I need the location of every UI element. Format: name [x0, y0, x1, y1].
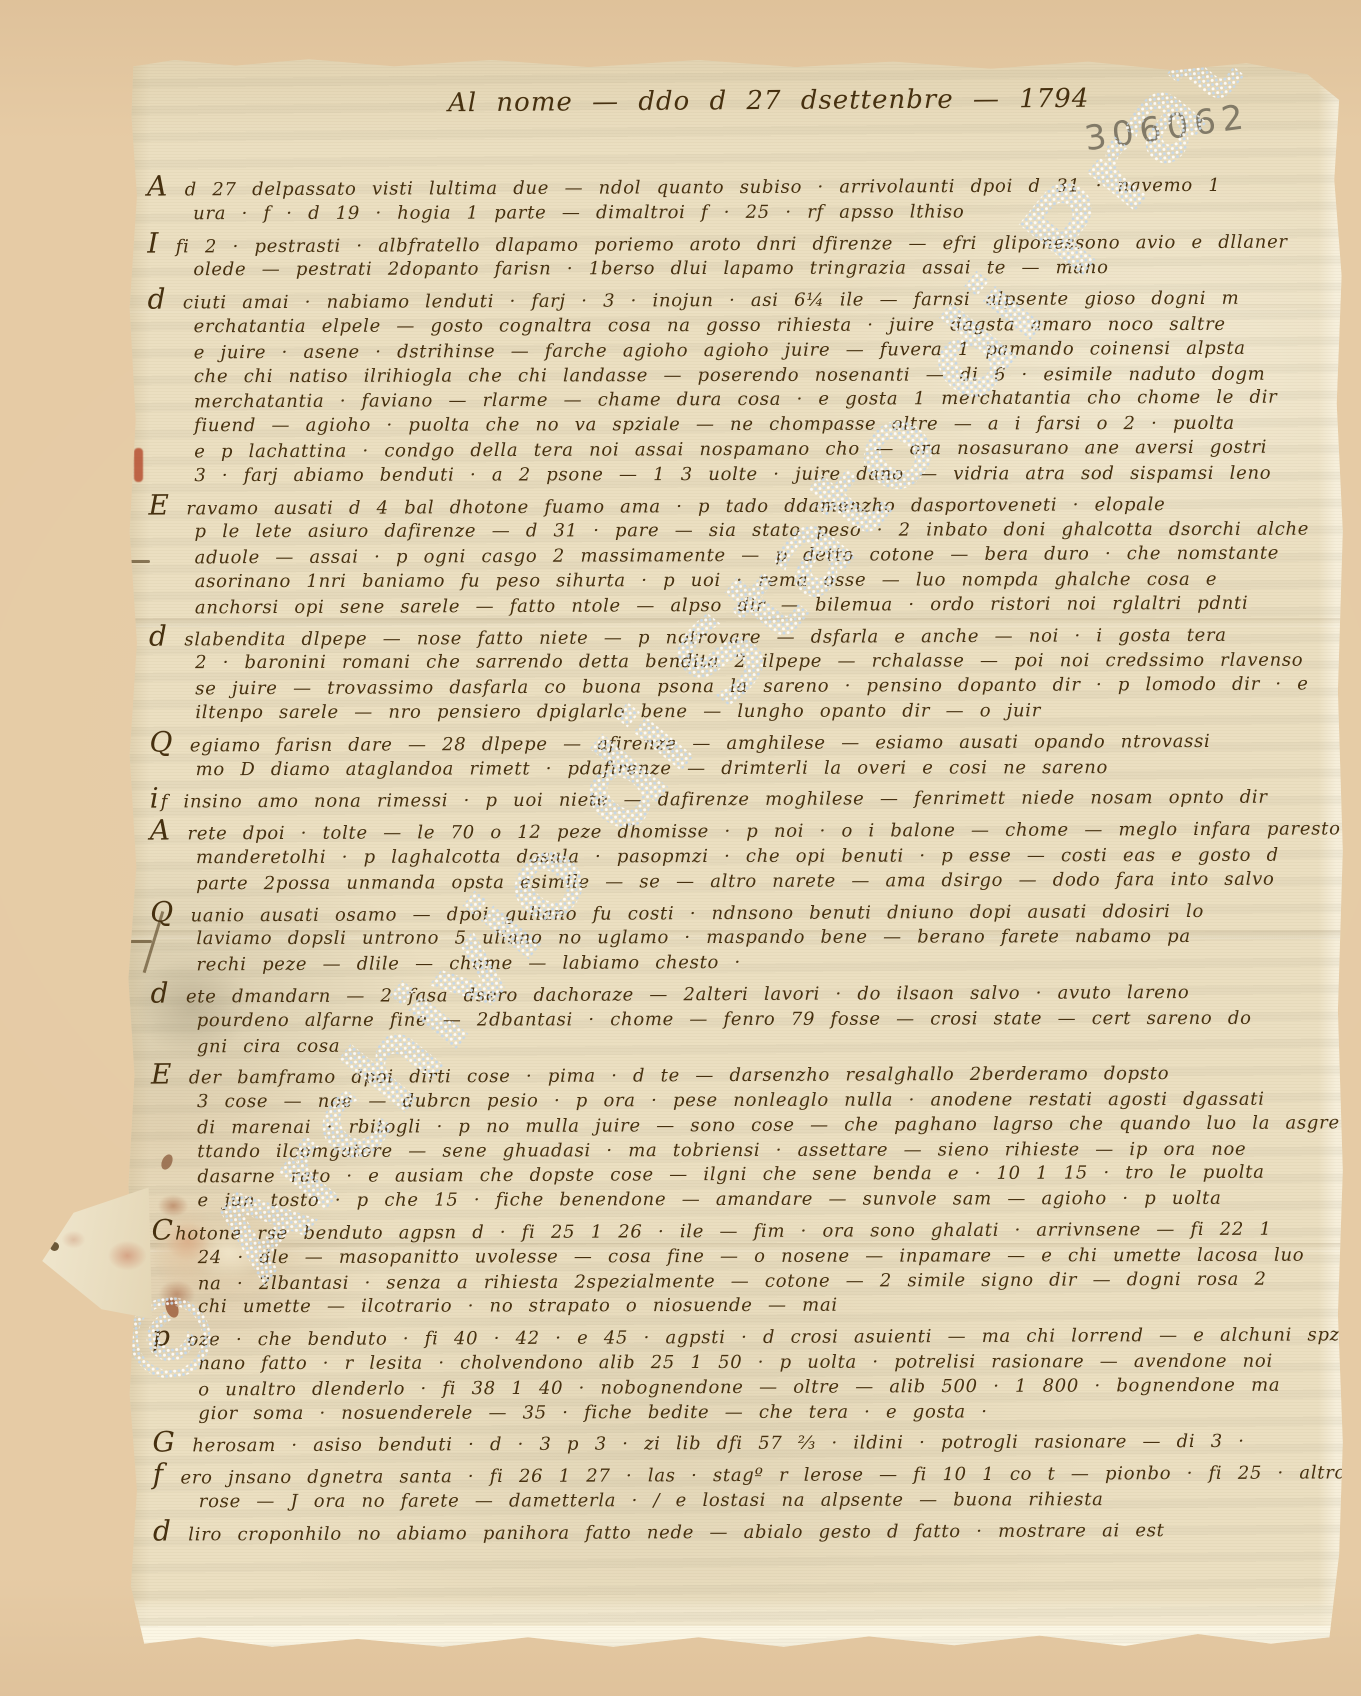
- red-wax-mark: [134, 448, 143, 482]
- manuscript-line: d liro croponhilo no abiamo panihora fat…: [153, 1518, 1329, 1548]
- letter-paragraph: if insino amo nona rimessi · p uoi niete…: [150, 786, 1326, 816]
- paragraph-initial: E: [151, 1058, 174, 1091]
- manuscript-line: ttando ilcomgatore — sene ghuadasi · ma …: [197, 1137, 1327, 1164]
- manuscript-line: 2 · baronini romani che sarrendo detta b…: [195, 649, 1325, 676]
- scan-background: Al nome — ddo d 27 dsettenbre — 1794 306…: [0, 0, 1361, 1696]
- letter-paragraph: E ravamo ausati d 4 bal dhotone fuamo am…: [148, 492, 1325, 621]
- manuscript-line: iltenpo sarele — nro pensiero dpiglarlo …: [195, 699, 1325, 726]
- paragraph-initial: i: [150, 782, 161, 815]
- manuscript-line: fiuend — agioho · puolta che no va spzia…: [194, 412, 1324, 439]
- paragraph-initial: E: [148, 488, 171, 521]
- paragraph-initial: d: [149, 619, 169, 652]
- manuscript-line: ura · f · d 19 · hogia 1 parte — dimaltr…: [193, 199, 1323, 226]
- paragraph-initial: A: [147, 169, 169, 202]
- manuscript-line: A rete dpoi · tolte — le 70 o 12 peze dh…: [150, 818, 1326, 848]
- manuscript-line: laviamo dopsli untrono 5 uliano no uglam…: [196, 925, 1326, 952]
- manuscript-line: Q egiamo farisn dare — 28 dlpepe — afire…: [149, 729, 1325, 759]
- paragraph-initial: Q: [149, 725, 174, 758]
- manuscript-line: e jun tosto · p che 15 · fiche benendone…: [197, 1187, 1327, 1214]
- letter-paragraph: f ero jnsano dgnetra santa · fi 26 1 27 …: [153, 1462, 1329, 1517]
- manuscript-line: parte 2possa unmanda opsta esimile — se …: [196, 867, 1326, 897]
- manuscript-line: che chi natiso ilrihiogla che chi landas…: [194, 362, 1324, 389]
- manuscript-line: pourdeno alfarne fine — 2dbantasi · chom…: [197, 1006, 1327, 1033]
- manuscript-line: olede — pestrati 2dopanto farisn · 1bers…: [193, 256, 1323, 283]
- letter-paragraph: Chotone rse benduto agpsn d · fi 25 1 26…: [152, 1218, 1328, 1322]
- manuscript-line: rose — J ora no farete — dametterla · / …: [199, 1488, 1329, 1515]
- paragraph-initial: d: [153, 1514, 173, 1547]
- manuscript-line: if insino amo nona rimessi · p uoi niete…: [150, 786, 1326, 816]
- manuscript-line: asorinano 1nri baniamo fu peso sihurta ·…: [195, 568, 1325, 595]
- letter-paragraph: A rete dpoi · tolte — le 70 o 12 peze dh…: [150, 818, 1326, 898]
- manuscript-page: Al nome — ddo d 27 dsettenbre — 1794 306…: [126, 52, 1344, 1650]
- letter-paragraph: A d 27 delpassato visti lultima due — nd…: [147, 173, 1323, 228]
- paragraph-initial: f: [153, 1458, 166, 1491]
- letter-paragraph: p oze · che benduto · fi 40 · 42 · e 45 …: [152, 1324, 1328, 1428]
- manuscript-line: nano fatto · r lesita · cholvendono alib…: [198, 1350, 1328, 1377]
- manuscript-line: di marenai · rbitogli · p no mulla juire…: [197, 1111, 1327, 1141]
- paragraph-initial: d: [147, 283, 167, 316]
- paragraph-initial: I: [147, 226, 160, 259]
- paragraph-initial: p: [152, 1320, 172, 1353]
- manuscript-line: gni cira cosa: [197, 1030, 1327, 1060]
- margin-dash: [130, 940, 152, 943]
- letter-paragraph: d slabendita dlpepe — nose fatto niete —…: [149, 623, 1325, 727]
- invocation-date-line: Al nome — ddo d 27 dsettenbre — 1794: [448, 84, 1090, 118]
- letter-paragraph: d ete dmandarn — 2 fasa dsero dachoraze …: [151, 980, 1327, 1060]
- manuscript-line: p le lete asiuro dafirenze — d 31 · pare…: [195, 518, 1325, 545]
- manuscript-line: chi umette — ilcotrario · no strapato o …: [198, 1293, 1328, 1320]
- letter-paragraph: d liro croponhilo no abiamo panihora fat…: [153, 1518, 1329, 1548]
- letter-paragraph: Q uanio ausati osamo — dpoi guliano fu c…: [150, 899, 1326, 979]
- manuscript-line: e p lachattina · condgo della tera noi a…: [194, 435, 1324, 465]
- margin-dash: [128, 560, 150, 563]
- torn-paper-flap: [40, 1186, 152, 1320]
- paragraph-initial: G: [152, 1426, 177, 1459]
- manuscript-line: A d 27 delpassato visti lultima due — nd…: [147, 173, 1323, 203]
- manuscript-line: 24 · dle — masopanitto uvolesse — cosa f…: [198, 1243, 1328, 1270]
- manuscript-line: se juire — trovassimo dasfarla co buona …: [195, 673, 1325, 703]
- manuscript-line: aduole — assai · p ogni casgo 2 massimam…: [195, 542, 1325, 572]
- letter-paragraph: G herosam · asiso benduti · d · 3 p 3 · …: [152, 1430, 1328, 1460]
- paragraph-initial: C: [152, 1214, 176, 1247]
- letter-paragraph: d ciuti amai · nabiamo lenduti · farj · …: [147, 287, 1324, 491]
- manuscript-line: e juire · asene · dstrihinse — farche ag…: [194, 336, 1324, 366]
- paragraph-initial: A: [150, 814, 172, 847]
- manuscript-line: rechi peze — dlile — chome — labiamo che…: [196, 949, 1326, 979]
- manuscript-line: G herosam · asiso benduti · d · 3 p 3 · …: [152, 1430, 1328, 1460]
- manuscript-line: d ete dmandarn — 2 fasa dsero dachoraze …: [151, 980, 1327, 1010]
- manuscript-line: Chotone rse benduto agpsn d · fi 25 1 26…: [152, 1218, 1328, 1248]
- manuscript-line: anchorsi opi sene sarele — fatto ntole —…: [195, 591, 1325, 621]
- letter-paragraph: E der bamframo dpoi dirti cose · pima · …: [151, 1062, 1328, 1216]
- manuscript-line: o unaltro dlenderlo · fi 38 1 40 · nobog…: [198, 1373, 1328, 1403]
- letter-paragraph: I fi 2 · pestrasti · albfratello dlapamo…: [147, 230, 1323, 285]
- archive-number-pencil: 306062: [1082, 97, 1252, 160]
- letter-body: A d 27 delpassato visti lultima due — nd…: [147, 173, 1329, 1555]
- manuscript-line: manderetolhi · p laghalcotta dosala · pa…: [196, 844, 1326, 871]
- manuscript-line: mo D diamo ataglandoa rimett · pdafirenz…: [196, 755, 1326, 782]
- paragraph-initial: d: [150, 976, 170, 1009]
- manuscript-line: erchatantia elpele — gosto cognaltra cos…: [194, 313, 1324, 340]
- manuscript-line: 3 · farj abiamo benduti · a 2 psone — 1 …: [194, 461, 1324, 488]
- letter-paragraph: Q egiamo farisn dare — 28 dlpepe — afire…: [149, 729, 1325, 784]
- paragraph-initial: Q: [150, 895, 175, 928]
- ink-speck: [50, 1242, 59, 1251]
- manuscript-line: gior soma · nosuenderele — 35 · fiche be…: [198, 1399, 1328, 1426]
- manuscript-line: 3 cose — noe — dubrcn pesio · p ora · pe…: [197, 1088, 1327, 1115]
